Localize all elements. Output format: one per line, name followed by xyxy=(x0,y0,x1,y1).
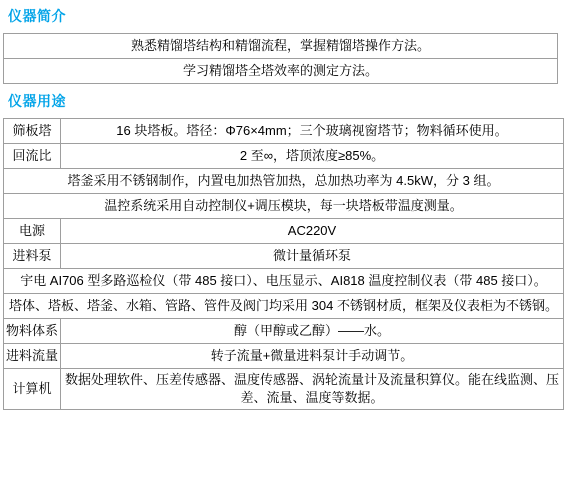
spec-value: 转子流量+微量进料泵计手动调节。 xyxy=(61,344,564,369)
intro-table-body: 熟悉精馏塔结构和精馏流程，掌握精馏塔操作方法。学习精馏塔全塔效率的测定方法。 xyxy=(4,34,558,84)
spec-row: 筛板塔16 块塔板。塔径：Φ76×4mm；三个玻璃视窗塔节；物料循环使用。 xyxy=(4,119,564,144)
spec-value: AC220V xyxy=(61,219,564,244)
spec-row: 宇电 AI706 型多路巡检仪（带 485 接口）、电压显示、AI818 温度控… xyxy=(4,269,564,294)
spec-label: 进料流量 xyxy=(4,344,61,369)
specs-table: 筛板塔16 块塔板。塔径：Φ76×4mm；三个玻璃视窗塔节；物料循环使用。回流比… xyxy=(3,118,564,410)
intro-row: 学习精馏塔全塔效率的测定方法。 xyxy=(4,59,558,84)
spec-label: 电源 xyxy=(4,219,61,244)
intro-row-text: 熟悉精馏塔结构和精馏流程，掌握精馏塔操作方法。 xyxy=(4,34,558,59)
spec-value-full: 宇电 AI706 型多路巡检仪（带 485 接口）、电压显示、AI818 温度控… xyxy=(4,269,564,294)
spec-value-full: 温控系统采用自动控制仪+调压模块，每一块塔板带温度测量。 xyxy=(4,194,564,219)
spec-row: 塔体、塔板、塔釜、水箱、管路、管件及阀门均采用 304 不锈钢材质，框架及仪表柜… xyxy=(4,294,564,319)
spec-row: 计算机数据处理软件、压差传感器、温度传感器、涡轮流量计及流量积算仪。能在线监测、… xyxy=(4,369,564,410)
spec-value: 2 至∞，塔顶浓度≥85%。 xyxy=(61,144,564,169)
spec-value: 16 块塔板。塔径：Φ76×4mm；三个玻璃视窗塔节；物料循环使用。 xyxy=(61,119,564,144)
spec-value-full: 塔釜采用不锈钢制作，内置电加热管加热，总加热功率为 4.5kW，分 3 组。 xyxy=(4,169,564,194)
intro-row-text: 学习精馏塔全塔效率的测定方法。 xyxy=(4,59,558,84)
spec-row: 进料泵微计量循环泵 xyxy=(4,244,564,269)
spec-value: 醇（甲醇或乙醇）——水。 xyxy=(61,319,564,344)
page: { "accent_color": "#00a3e8", "border_col… xyxy=(0,0,576,477)
spec-row: 电源AC220V xyxy=(4,219,564,244)
spec-row: 物料体系醇（甲醇或乙醇）——水。 xyxy=(4,319,564,344)
spec-label: 进料泵 xyxy=(4,244,61,269)
spec-value: 微计量循环泵 xyxy=(61,244,564,269)
spec-row: 塔釜采用不锈钢制作，内置电加热管加热，总加热功率为 4.5kW，分 3 组。 xyxy=(4,169,564,194)
section-title-intro: 仪器简介 xyxy=(8,6,573,26)
spec-value-full: 塔体、塔板、塔釜、水箱、管路、管件及阀门均采用 304 不锈钢材质，框架及仪表柜… xyxy=(4,294,564,319)
spec-value: 数据处理软件、压差传感器、温度传感器、涡轮流量计及流量积算仪。能在线监测、压差、… xyxy=(61,369,564,410)
spec-label: 回流比 xyxy=(4,144,61,169)
spec-label: 筛板塔 xyxy=(4,119,61,144)
intro-table: 熟悉精馏塔结构和精馏流程，掌握精馏塔操作方法。学习精馏塔全塔效率的测定方法。 xyxy=(3,33,558,84)
spec-label: 物料体系 xyxy=(4,319,61,344)
spec-row: 回流比2 至∞，塔顶浓度≥85%。 xyxy=(4,144,564,169)
spec-label: 计算机 xyxy=(4,369,61,410)
spec-row: 温控系统采用自动控制仪+调压模块，每一块塔板带温度测量。 xyxy=(4,194,564,219)
intro-row: 熟悉精馏塔结构和精馏流程，掌握精馏塔操作方法。 xyxy=(4,34,558,59)
spec-row: 进料流量转子流量+微量进料泵计手动调节。 xyxy=(4,344,564,369)
specs-table-body: 筛板塔16 块塔板。塔径：Φ76×4mm；三个玻璃视窗塔节；物料循环使用。回流比… xyxy=(4,119,564,410)
section-title-usage: 仪器用途 xyxy=(8,91,573,111)
